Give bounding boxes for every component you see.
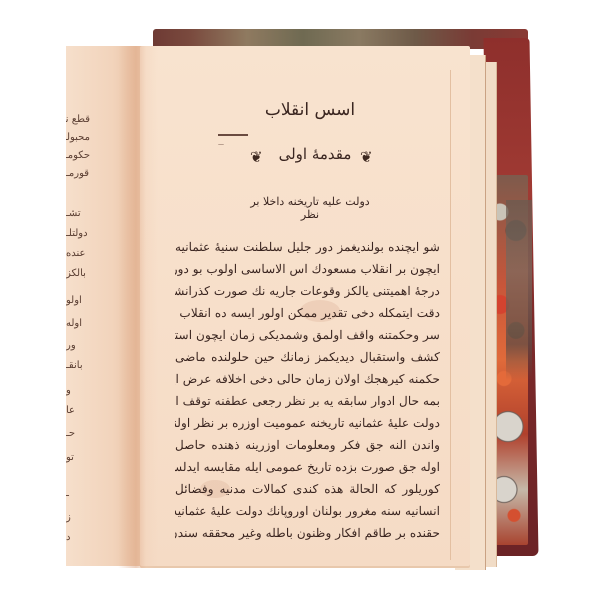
body-text-line: دولت عليهٔ عثمانيه تاريخنه عموميت اوزره … [175, 416, 440, 430]
body-text-line: اوله جق صورت بزده تاريخ عمومى ايله مقايس… [175, 460, 440, 474]
left-page-fragment: عنده [66, 248, 90, 259]
left-page-fragment: اوله [66, 318, 90, 329]
page-edge-line [450, 70, 451, 560]
body-text-line: درجهٔ اهميتنى يالكز وقوعات جاريه نك صورت… [175, 284, 440, 298]
body-text-line: واندن النه جق فكر ومعلومات اوزرينه ذهنده… [175, 438, 440, 452]
marbled-paper-shadow [506, 200, 532, 380]
body-text-line: كوريلور كه الحالة هذه كندى كمالات مدنيه … [175, 482, 440, 496]
margin-rule [218, 134, 248, 136]
left-page-fragment: قورمـ [66, 168, 90, 179]
left-page-fragment: د [66, 532, 90, 543]
left-page-fragment: اولو [66, 295, 90, 306]
left-page-fragment: ور [66, 340, 90, 351]
book-photo: قطع نـ محبوله حكومـ قورمـ تشـ دولتلـ عند… [0, 0, 600, 600]
body-text-line: ايچون بر انقلاب مسعودك اس الاساسى اولوب … [175, 262, 440, 276]
chapter-heading: مقدمهٔ اولى [270, 145, 360, 163]
left-page-fragment: حـ [66, 428, 90, 439]
left-page-fragment: و [66, 385, 90, 396]
ornament-left-icon: ❦ [250, 148, 263, 166]
section-subheading: دولت عليه تاريخنه داخلا بر نظر [240, 195, 380, 221]
left-page-fragment: دولتلـ [66, 228, 90, 239]
body-text-line: كشف واستقبال ديديكمز زمانك حين حلولنده م… [175, 350, 440, 364]
body-text-line: حكمنه كيرهجك اولان زمان حالى دخى اخلافه … [175, 372, 440, 386]
left-page-fragment: قطع نـ [66, 114, 90, 125]
body-text-line: سر وحكمتنه واقف اولمق وشمديكى زمان ايچون… [175, 328, 440, 342]
left-page-fragment: محبوله [66, 132, 90, 143]
left-page-fragment: ز [66, 512, 90, 523]
left-page-fragment: بالكز [66, 268, 90, 279]
body-text-line: دقت ايتمكله دخى تقدير ممكن اولور ايسه ده… [175, 306, 440, 320]
ornament-right-icon: ❦ [360, 148, 373, 166]
left-page-fragment: عا [66, 405, 90, 416]
left-page-fragment: تو [66, 452, 90, 463]
body-text-line: انسانيه سنه مغرور بولنان اوروپانك دولت ع… [175, 504, 440, 518]
margin-mark: — [218, 141, 236, 148]
body-text-line: شو ايچنده بولنديغمز دور جليل سلطنت سنيهٔ… [175, 240, 440, 254]
body-text-line: بمه حال ادوار سابقه يه بر نظر رجعى عطفنه… [175, 394, 440, 408]
left-page-fragment: بانقـ [66, 360, 90, 371]
gutter-fold-shadow [118, 46, 158, 568]
body-text-line: حقنده بر طاقم افكار وظنون باطله وغير محق… [175, 526, 440, 540]
page-title: اسس انقلاب [250, 100, 370, 120]
left-page-fragment: تشـ [66, 208, 90, 219]
left-page-fragment: حكومـ [66, 150, 90, 161]
left-page-fragment: ـ [66, 488, 90, 499]
